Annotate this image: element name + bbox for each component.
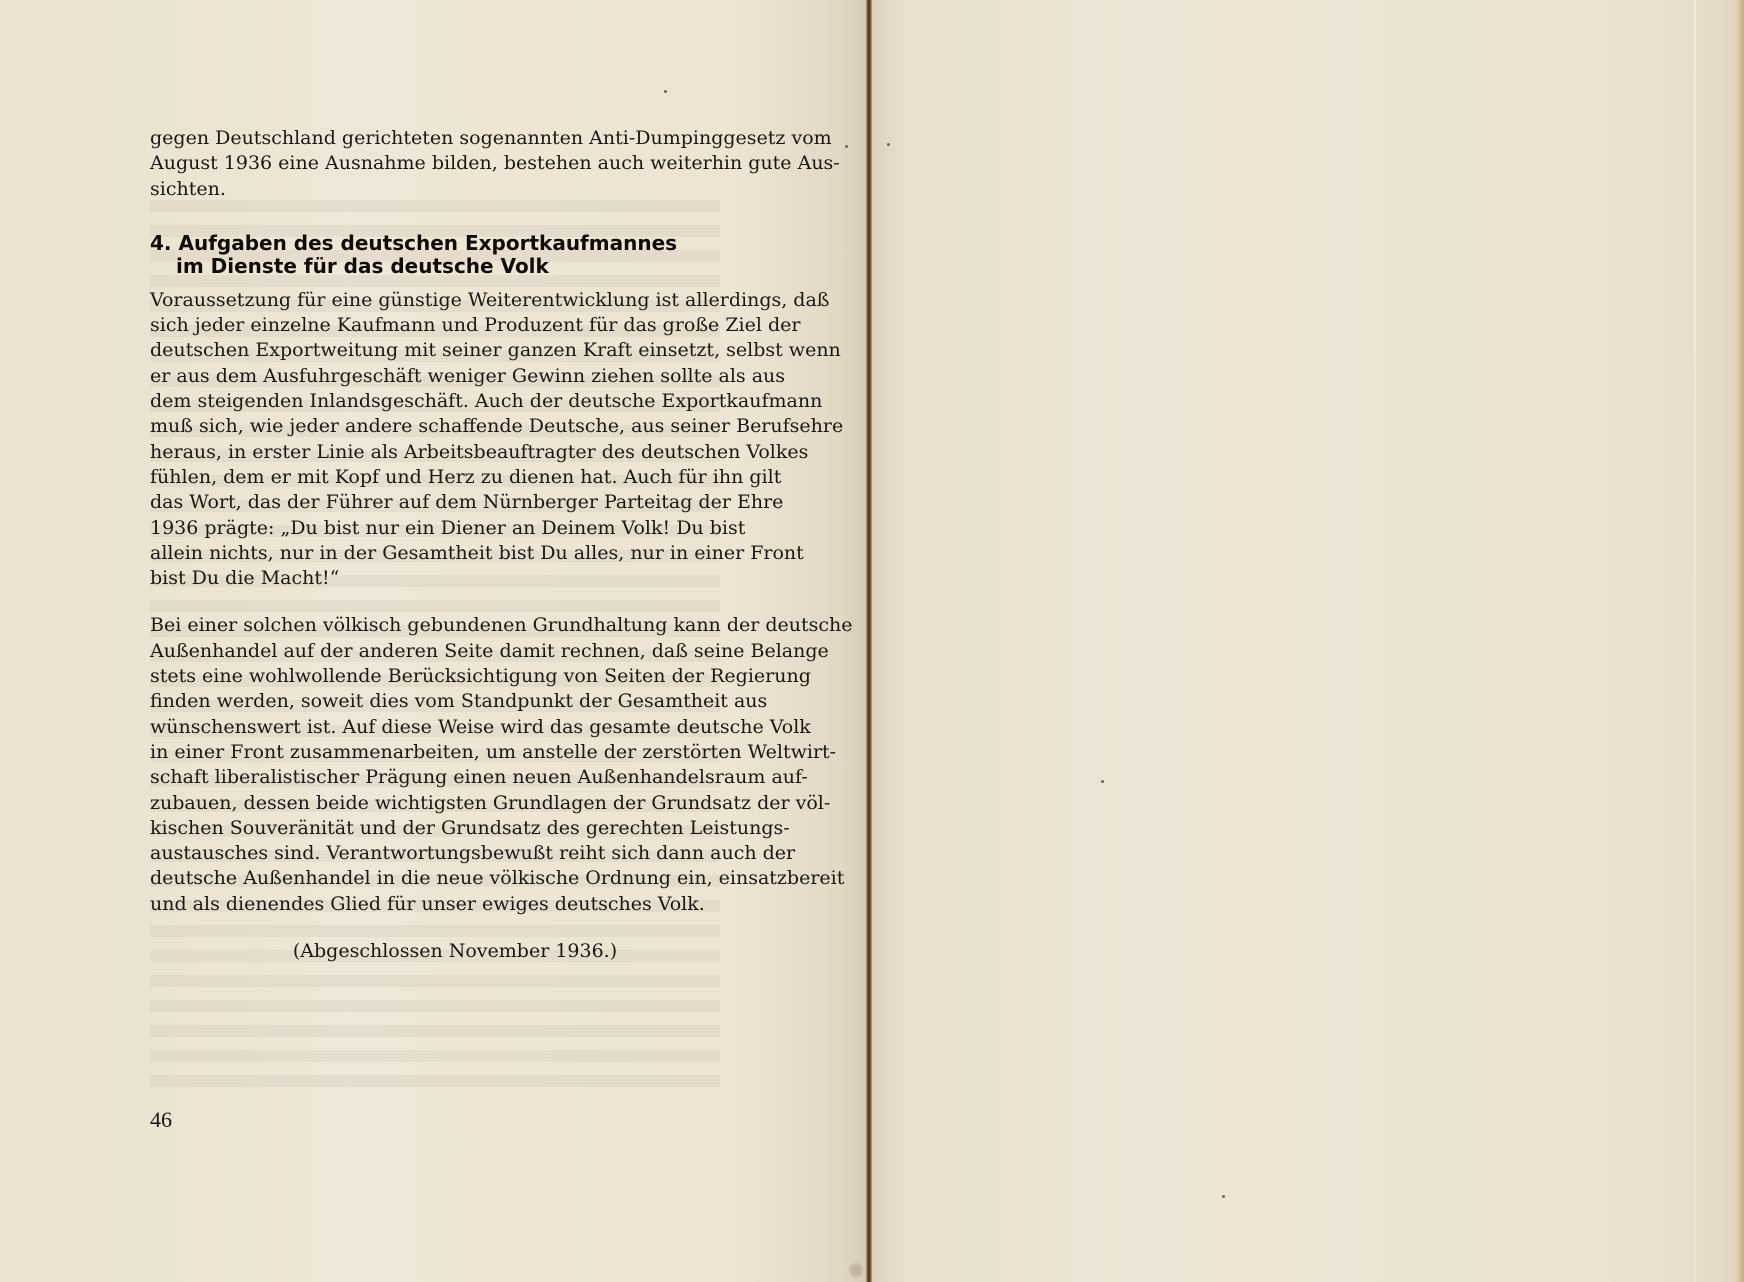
text-line: austausches sind. Verantwortungsbewußt r… <box>150 841 720 866</box>
right-page <box>872 0 1744 1282</box>
intro-paragraph: gegen Deutschland gerichteten sogenannte… <box>150 126 720 202</box>
text-line: das Wort, das der Führer auf dem Nürnber… <box>150 490 720 515</box>
paper-speck <box>1222 1195 1225 1198</box>
section-heading-line-1: 4. Aufgaben des deutschen Exportkaufmann… <box>150 231 677 255</box>
paper-fold-line <box>1694 0 1696 1282</box>
left-page: gegen Deutschland gerichteten sogenannte… <box>0 0 866 1282</box>
text-line: er aus dem Ausfuhrgeschäft weniger Gewin… <box>150 364 720 389</box>
text-line: deutschen Exportweitung mit seiner ganze… <box>150 338 720 363</box>
section-heading: 4. Aufgaben des deutschen Exportkaufmann… <box>150 232 720 278</box>
paper-speck <box>1101 780 1104 783</box>
book-spread: gegen Deutschland gerichteten sogenannte… <box>0 0 1744 1282</box>
text-line: zubauen, dessen beide wichtigsten Grundl… <box>150 791 720 816</box>
text-line: heraus, in erster Linie als Arbeitsbeauf… <box>150 440 720 465</box>
text-line: August 1936 eine Ausnahme bilden, besteh… <box>150 151 720 176</box>
paragraph-spacer <box>150 591 720 613</box>
text-line: bist Du die Macht!“ <box>150 566 720 591</box>
text-line: muß sich, wie jeder andere schaffende De… <box>150 414 720 439</box>
body-paragraph-1: Voraussetzung für eine günstige Weiteren… <box>150 288 720 592</box>
text-line: finden werden, soweit dies vom Standpunk… <box>150 689 720 714</box>
text-line: 1936 prägte: „Du bist nur ein Diener an … <box>150 516 720 541</box>
page-number: 46 <box>150 1107 172 1133</box>
text-line: sichten. <box>150 177 720 202</box>
text-line: stets eine wohlwollende Berücksichtigung… <box>150 664 720 689</box>
paper-speck <box>887 143 890 146</box>
paper-speck <box>664 90 667 93</box>
text-line: gegen Deutschland gerichteten sogenannte… <box>150 126 720 151</box>
text-line: dem steigenden Inlandsgeschäft. Auch der… <box>150 389 720 414</box>
text-line: Bei einer solchen völkisch gebundenen Gr… <box>150 613 720 638</box>
paper-speck <box>845 145 848 148</box>
paper-stain <box>848 1262 864 1278</box>
text-line: kischen Souveränität und der Grundsatz d… <box>150 816 720 841</box>
body-paragraph-2: Bei einer solchen völkisch gebundenen Gr… <box>150 613 720 917</box>
section-heading-line-2: im Dienste für das deutsche Volk <box>150 255 720 278</box>
text-line: deutsche Außenhandel in die neue völkisc… <box>150 866 720 891</box>
closing-note: (Abgeschlossen November 1936.) <box>150 939 720 964</box>
text-line: und als dienendes Glied für unser ewiges… <box>150 892 720 917</box>
page-text-block: gegen Deutschland gerichteten sogenannte… <box>150 126 720 964</box>
text-line: schaft liberalistischer Prägung einen ne… <box>150 765 720 790</box>
text-line: wünschenswert ist. Auf diese Weise wird … <box>150 715 720 740</box>
text-line: sich jeder einzelne Kaufmann und Produze… <box>150 313 720 338</box>
text-line: fühlen, dem er mit Kopf und Herz zu dien… <box>150 465 720 490</box>
text-line: Voraussetzung für eine günstige Weiteren… <box>150 288 720 313</box>
text-line: in einer Front zusammenarbeiten, um anst… <box>150 740 720 765</box>
text-line: allein nichts, nur in der Gesamtheit bis… <box>150 541 720 566</box>
text-line: Außenhandel auf der anderen Seite damit … <box>150 639 720 664</box>
